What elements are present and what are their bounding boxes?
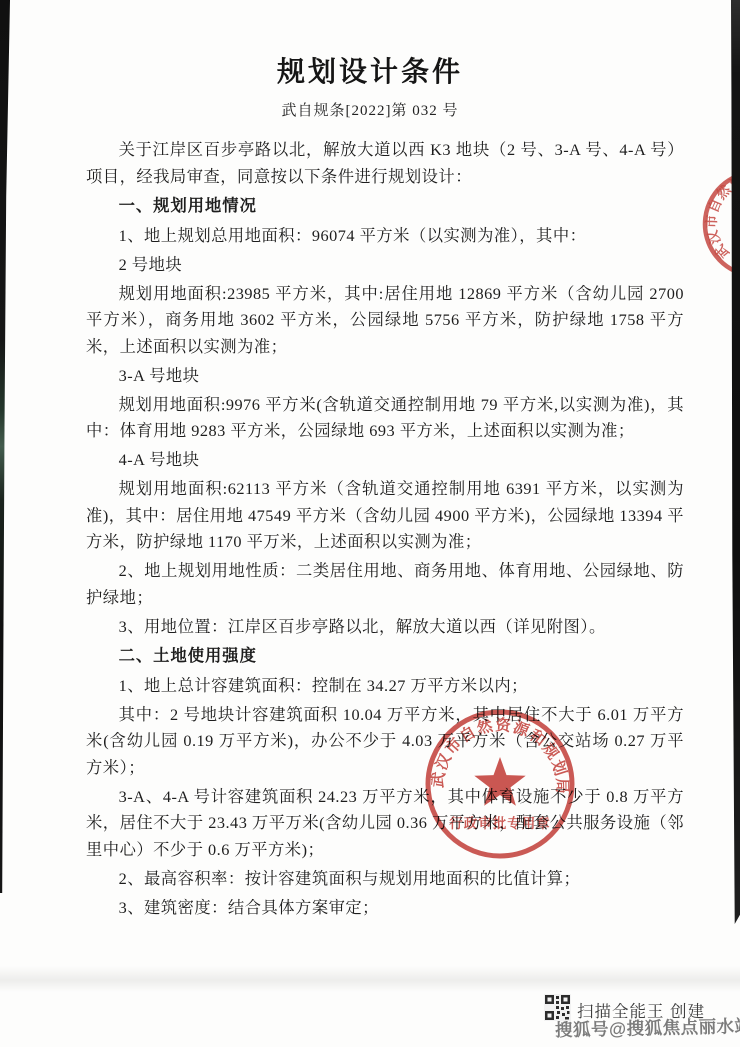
paragraph: 规划用地面积:9976 平方米(含轨道交通控制用地 79 平方米,以实测为准)，… [86,392,684,445]
paragraph: 1、地上总计容建筑面积：控制在 34.27 万平方米以内； [86,673,684,700]
paragraph: 规划用地面积:62113 平方米（含轨道交通控制用地 6391 平方米，以实测为… [86,476,684,556]
document-number: 武自规条[2022]第 032 号 [0,99,740,120]
approval-stamp: 武汉市自然资源和规划局 行政审批专用章 [420,702,580,862]
section-heading-2: 二、土地使用强度 [86,643,684,670]
document-header: 规划设计条件 武自规条[2022]第 032 号 [0,50,740,120]
section-heading-1: 一、规划用地情况 [86,193,684,220]
paragraph: 3、用地位置：江岸区百步亭路以北，解放大道以西（详见附图）。 [86,614,684,641]
page-title: 规划设计条件 [0,50,740,90]
scan-shadow-band [0,966,740,992]
scanned-document-page: 规划设计条件 武自规条[2022]第 032 号 关于江岸区百步亭路以北，解放大… [0,0,740,1047]
star-icon [474,757,525,806]
paragraph: 规划用地面积:23985 平方米，其中:居住用地 12869 平方米（含幼儿园 … [86,281,684,361]
paragraph: 其中：2 号地块计容建筑面积 10.04 万平方米，其中居住不大于 6.01 万… [86,702,684,782]
paragraph: 关于江岸区百步亭路以北，解放大道以西 K3 地块（2 号、3-A 号、4-A 号… [86,137,684,190]
watermark-text: 搜狐号@搜狐焦点丽水站 [555,1013,740,1042]
paragraph: 1、地上规划总用地面积：96074 平方米（以实测为准），其中： [86,223,684,250]
stamp-label: 行政审批专用章 [449,815,551,831]
footer-watermark-area: 扫描全能王 创建 搜狐号@搜狐焦点丽水站 [544,994,740,1022]
paragraph: 2、最高容积率：按计容建筑面积与规划用地面积的比值计算； [86,866,684,893]
paragraph: 2、地上规划用地性质：二类居住用地、商务用地、体育用地、公园绿地、防护绿地； [86,558,684,611]
paragraph: 3、建筑密度：结合具体方案审定； [86,895,684,922]
paragraph: 3-A、4-A 号计容建筑面积 24.23 万平方米，其中体育设施不少于 0.8… [86,784,684,864]
paragraph: 4-A 号地块 [86,447,684,474]
paragraph: 3-A 号地块 [86,363,684,390]
document-body: 关于江岸区百步亭路以北，解放大道以西 K3 地块（2 号、3-A 号、4-A 号… [0,137,740,924]
stamp-seal-icon: 武汉市自然资源和规划局 行政审批专用章 [420,702,580,862]
paragraph: 2 号地块 [86,252,684,279]
